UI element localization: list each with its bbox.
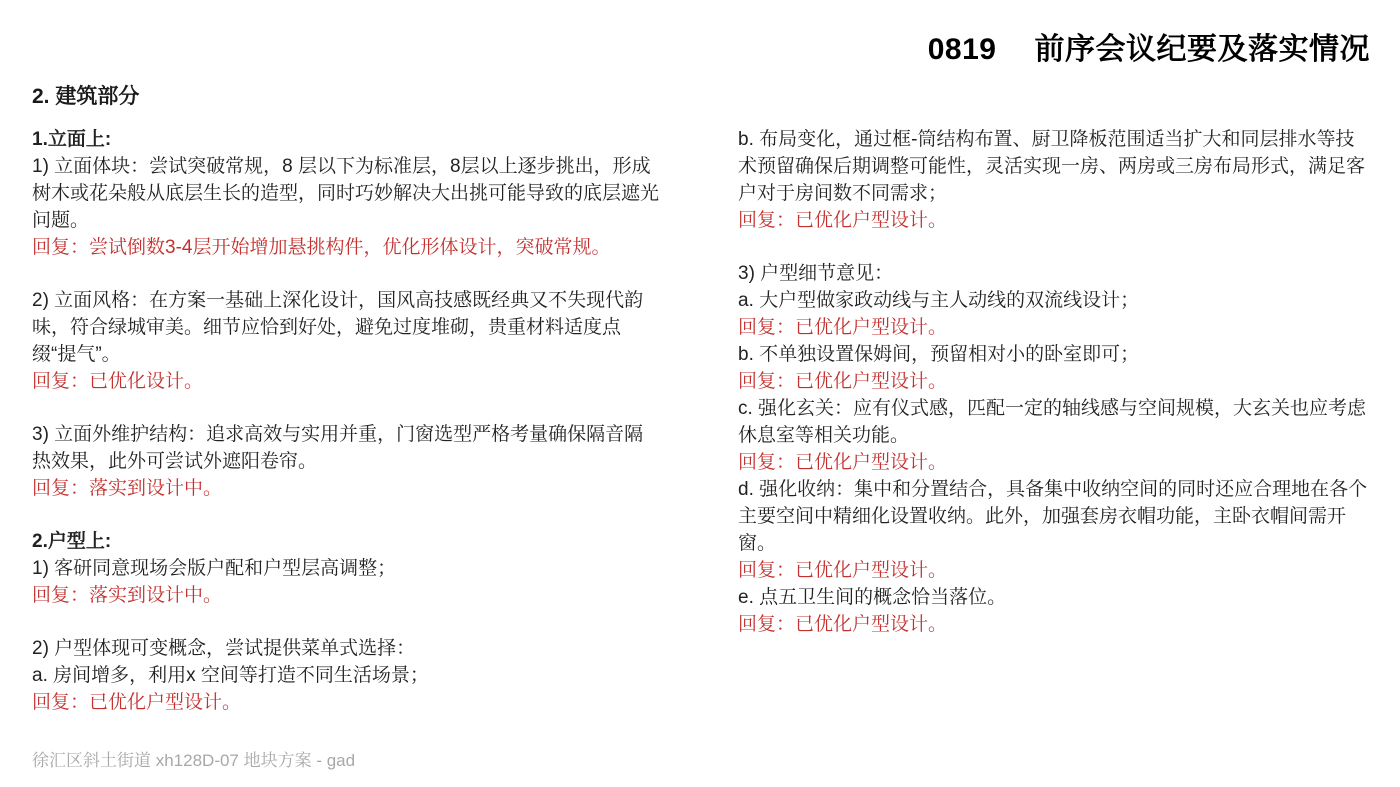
paragraph-body: c. 强化玄关：应有仪式感，匹配一定的轴线感与空间规模，大玄关也应考虑休息室等相…: [738, 395, 1368, 449]
page-title: 0819前序会议纪要及落实情况: [928, 24, 1370, 68]
page-title-text: 前序会议纪要及落实情况: [1035, 33, 1371, 66]
paragraph-spacer: [32, 609, 662, 635]
footer-project-note: 徐汇区斜土街道 xh128D-07 地块方案 - gad: [32, 746, 355, 771]
paragraph-reply: 回复：尝试倒数3-4层开始增加悬挑构件，优化形体设计，突破常规。: [32, 234, 662, 261]
paragraph-body: d. 强化收纳：集中和分置结合，具备集中收纳空间的同时还应合理地在各个主要空间中…: [738, 476, 1368, 557]
content-columns: 1.立面上:1) 立面体块：尝试突破常规，8 层以下为标准层，8层以上逐步挑出，…: [32, 126, 1368, 716]
paragraph-reply: 回复：已优化户型设计。: [738, 557, 1368, 584]
paragraph-reply: 回复：已优化户型设计。: [738, 207, 1368, 234]
paragraph-spacer: [738, 234, 1368, 260]
paragraph-reply: 回复：已优化户型设计。: [738, 368, 1368, 395]
section-heading: 2. 建筑部分: [32, 80, 139, 110]
paragraph-spacer: [32, 502, 662, 528]
left-column: 1.立面上:1) 立面体块：尝试突破常规，8 层以下为标准层，8层以上逐步挑出，…: [32, 126, 662, 716]
paragraph-body: 3) 户型细节意见：: [738, 260, 1368, 287]
paragraph-reply: 回复：已优化户型设计。: [32, 689, 662, 716]
paragraph-body: a. 房间增多，利用x 空间等打造不同生活场景；: [32, 662, 662, 689]
paragraph-reply: 回复：落实到设计中。: [32, 475, 662, 502]
paragraph-spacer: [32, 261, 662, 287]
paragraph-reply: 回复：落实到设计中。: [32, 582, 662, 609]
paragraph-reply: 回复：已优化户型设计。: [738, 314, 1368, 341]
paragraph-reply: 回复：已优化户型设计。: [738, 611, 1368, 638]
paragraph-reply: 回复：已优化户型设计。: [738, 449, 1368, 476]
paragraph-spacer: [32, 395, 662, 421]
paragraph-body: 3) 立面外维护结构：追求高效与实用并重，门窗选型严格考量确保隔音隔热效果，此外…: [32, 421, 662, 475]
right-column: b. 布局变化，通过框-筒结构布置、厨卫降板范围适当扩大和同层排水等技术预留确保…: [738, 126, 1368, 716]
paragraph-subheading: 1.立面上:: [32, 126, 662, 153]
paragraph-body: 1) 立面体块：尝试突破常规，8 层以下为标准层，8层以上逐步挑出，形成树木或花…: [32, 153, 662, 234]
paragraph-reply: 回复：已优化设计。: [32, 368, 662, 395]
paragraph-subheading: 2.户型上:: [32, 528, 662, 555]
paragraph-body: b. 布局变化，通过框-筒结构布置、厨卫降板范围适当扩大和同层排水等技术预留确保…: [738, 126, 1368, 207]
page-title-number: 0819: [928, 33, 997, 66]
paragraph-body: e. 点五卫生间的概念恰当落位。: [738, 584, 1368, 611]
paragraph-body: a. 大户型做家政动线与主人动线的双流线设计；: [738, 287, 1368, 314]
paragraph-body: 2) 立面风格：在方案一基础上深化设计，国风高技感既经典又不失现代韵味，符合绿城…: [32, 287, 662, 368]
paragraph-body: b. 不单独设置保姆间，预留相对小的卧室即可；: [738, 341, 1368, 368]
paragraph-body: 1) 客研同意现场会版户配和户型层高调整；: [32, 555, 662, 582]
paragraph-body: 2) 户型体现可变概念，尝试提供菜单式选择：: [32, 635, 662, 662]
